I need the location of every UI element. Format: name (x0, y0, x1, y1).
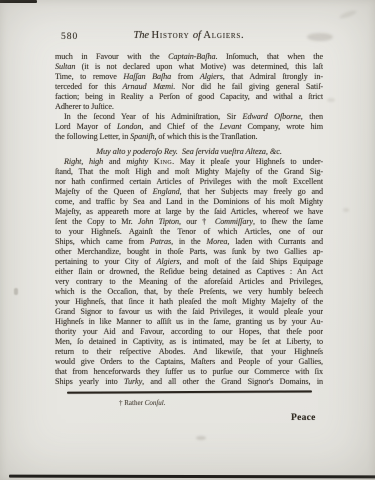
scan-speck (327, 98, 335, 102)
text-column: 580 The History of Algiers. much in Favo… (55, 31, 323, 387)
text-line: Adherer to Juſtice. (55, 102, 323, 112)
scan-artifact-bottom-edge (9, 474, 375, 477)
text-segment: the following Letter, in (55, 132, 130, 141)
text-segment: Right, high (64, 157, 103, 166)
text-segment: Captain-Baſha (168, 52, 215, 61)
text-segment: England (153, 187, 180, 196)
text-segment: would give Orders to the Captains, Maſte… (55, 357, 323, 366)
text-segment: Commiſſary (215, 217, 253, 226)
text-line: ſent the Copy to Mr. John Tipton, our † … (55, 217, 323, 227)
text-line: pertaining to your City of Algiers, and … (55, 257, 323, 267)
scan-speck (196, 436, 206, 440)
text-line: Men, ſo detained in Captivity, as is int… (55, 337, 323, 347)
text-segment: . Inſomuch, that when the (215, 52, 323, 61)
footnote-text: Rather Conſul. (123, 399, 166, 407)
catchword: Peace (291, 413, 316, 423)
text-segment: Algiers. (203, 30, 244, 41)
text-segment: that from henceforwards they ſuffer us t… (55, 367, 323, 376)
text-line: Lord Mayor of London, and Chief of the L… (55, 122, 323, 132)
text-segment: Men, ſo detained in Captivity, as is int… (55, 337, 323, 346)
text-segment: which is the Occaſion, that, by theſe Pr… (55, 287, 323, 296)
text-segment: come, and traffic by Sea and Land in the… (55, 197, 323, 206)
text-segment: nor hath confirmed certain Articles of P… (55, 177, 323, 186)
text-line: Ships, which came from Patras, in the Mo… (55, 237, 323, 247)
text-line: Time, to remove Haſſan Baſha from Algier… (55, 72, 323, 82)
text-segment: , then (301, 112, 323, 121)
text-line: your Highneſs, that ſince it hath pleaſe… (55, 297, 323, 307)
text-segment: faction; being in Reality a Perſon of go… (55, 92, 323, 101)
text-line: In the ſecond Year of his Adminiſtration… (55, 112, 323, 122)
text-segment: Majeſty of the Queen of (55, 187, 153, 196)
text-segment: King (154, 157, 172, 166)
text-segment: Highneſs in like Manner to aſſiſt us in … (55, 317, 323, 326)
text-segment: Turky (124, 377, 142, 386)
text-line: Highneſs in like Manner to aſſiſt us in … (55, 317, 323, 327)
text-segment: . Nor did he fail giving general Satiſ- (173, 82, 323, 91)
text-segment: pertaining to your City of (55, 257, 156, 266)
text-segment: terceded for this (55, 82, 123, 91)
text-segment: Levant (220, 122, 242, 131)
text-segment: History (152, 30, 193, 41)
text-line: return to their reſpective Abodes. And l… (55, 347, 323, 357)
text-segment: Grand Signor to favour us with the ſaid … (55, 307, 323, 316)
text-segment: Adherer to Juſtice. (55, 102, 114, 111)
running-title: The History of Algiers. (55, 31, 323, 41)
text-line: nor hath confirmed certain Articles of P… (55, 177, 323, 187)
text-segment: Time, to remove (55, 72, 123, 81)
text-line: Right, high and mighty King. May it plea… (55, 157, 323, 167)
text-segment: Spaniſh (130, 132, 154, 141)
text-line: faction; being in Reality a Perſon of go… (55, 92, 323, 102)
text-segment: mighty (126, 157, 148, 166)
text-line: to your Highneſs. Againſt the Tenor of w… (55, 227, 323, 237)
text-line: that from henceforwards they ſuffer us t… (55, 367, 323, 377)
text-segment: The (134, 30, 152, 41)
text-segment: from (171, 72, 200, 81)
text-segment: , our † (179, 217, 215, 226)
text-line: Ships yearly into Turky, and all other t… (55, 377, 323, 387)
text-line: would give Orders to the Captains, Maſte… (55, 357, 323, 367)
scan-speck (343, 208, 349, 212)
text-segment: , and all other the Grand Signor's Domai… (142, 377, 323, 386)
text-segment: of (193, 30, 204, 41)
text-segment: other Merchandize, bought in thoſe Parts… (55, 247, 323, 256)
footnote: † Rather Conſul. (119, 399, 165, 407)
text-segment: Algiers (156, 257, 179, 266)
text-segment: , to ſhew the ſame (253, 217, 323, 226)
text-segment: . May it pleaſe your Highneſs to under- (172, 157, 323, 166)
text-segment: Arnaud Mæmi (123, 82, 174, 91)
text-segment: Algiers (200, 72, 223, 81)
scan-artifact-top-edge (0, 0, 37, 3)
text-line: the following Letter, in Spaniſh, of whi… (55, 132, 323, 142)
text-segment: your Highneſs, that ſince it hath pleaſe… (55, 297, 323, 306)
text-segment: and (103, 157, 126, 166)
text-segment: , that Admiral ſtrongly in- (223, 72, 323, 81)
text-segment: much in Favour with the (55, 52, 168, 61)
scanned-book-page: { "colors": { "paper": "#e9e8e4", "ink":… (0, 0, 375, 480)
text-segment: , and Chief of the (141, 122, 219, 131)
text-line: thority your Aid and Favour, according t… (55, 327, 323, 337)
text-segment: either ſlain or drowned, the Reſidue bei… (55, 267, 323, 276)
text-line: Muy alto y poderoſo Rey. Sea ſervida vue… (55, 147, 323, 157)
text-segment: Company, wrote him (241, 122, 323, 131)
text-segment: Morea (206, 237, 227, 246)
scan-smudge (339, 9, 358, 20)
text-segment: Muy alto y poderoſo Rey. Sea ſervida vue… (96, 147, 282, 156)
text-line: Majeſty of the Queen of England, that he… (55, 187, 323, 197)
text-line: terceded for this Arnaud Mæmi. Nor did h… (55, 82, 323, 92)
text-segment: Rather (123, 399, 145, 407)
text-segment: Sultan (55, 62, 75, 71)
text-segment: Edward Oſborne (243, 112, 301, 121)
text-line: other Merchandize, bought in thoſe Parts… (55, 247, 323, 257)
text-segment: Haſſan Baſha (123, 72, 171, 81)
text-segment: Lord Mayor of (55, 122, 117, 131)
footnote-rule (67, 390, 312, 393)
text-segment: (it is not declared upon what Motive) wa… (75, 62, 323, 71)
text-segment: Ships yearly into (55, 377, 124, 386)
text-segment: , in the (171, 237, 206, 246)
text-segment: , laden with Currants and (227, 237, 323, 246)
text-segment: , that her Subjects may freely go and (180, 187, 323, 196)
text-line: come, and traffic by Sea and Land in the… (55, 197, 323, 207)
text-segment: London (117, 122, 141, 131)
text-line: much in Favour with the Captain-Baſha. I… (55, 52, 323, 62)
book-page: 580 The History of Algiers. much in Favo… (0, 0, 375, 480)
text-segment: Conſul. (145, 399, 166, 407)
text-segment: John Tipton (138, 217, 179, 226)
text-line: ſtand, That the moſt High and moſt Might… (55, 167, 323, 177)
text-segment: return to their reſpective Abodes. And l… (55, 347, 323, 356)
text-segment: Ships, which came from (55, 237, 150, 246)
text-segment: , of which this is the Tranſlation. (155, 132, 258, 141)
text-line: Sultan (it is not declared upon what Mot… (55, 62, 323, 72)
scan-speck (14, 288, 18, 295)
text-line: Majeſty, as appeareth more at large by t… (55, 207, 323, 217)
text-line: Grand Signor to favour us with the ſaid … (55, 307, 323, 317)
text-segment: , and moſt of the ſaid Ships Equipage (179, 257, 323, 266)
text-line: which is the Occaſion, that, by theſe Pr… (55, 287, 323, 297)
text-segment: In the ſecond Year of his Adminiſtration… (64, 112, 243, 121)
text-segment: very contrary to the Meaning of the afor… (55, 277, 323, 286)
text-segment: to your Highneſs. Againſt the Tenor of w… (55, 227, 323, 236)
text-segment: thority your Aid and Favour, according t… (55, 327, 323, 336)
text-segment: ſent the Copy to Mr. (55, 217, 138, 226)
text-segment: Majeſty, as appeareth more at large by t… (55, 207, 323, 216)
text-line: either ſlain or drowned, the Reſidue bei… (55, 267, 323, 277)
body-text: much in Favour with the Captain-Baſha. I… (55, 52, 323, 387)
text-segment: ſtand, That the moſt High and moſt Might… (55, 167, 323, 176)
text-segment: Patras (150, 237, 171, 246)
page-header: 580 The History of Algiers. (55, 31, 323, 52)
text-line: very contrary to the Meaning of the afor… (55, 277, 323, 287)
